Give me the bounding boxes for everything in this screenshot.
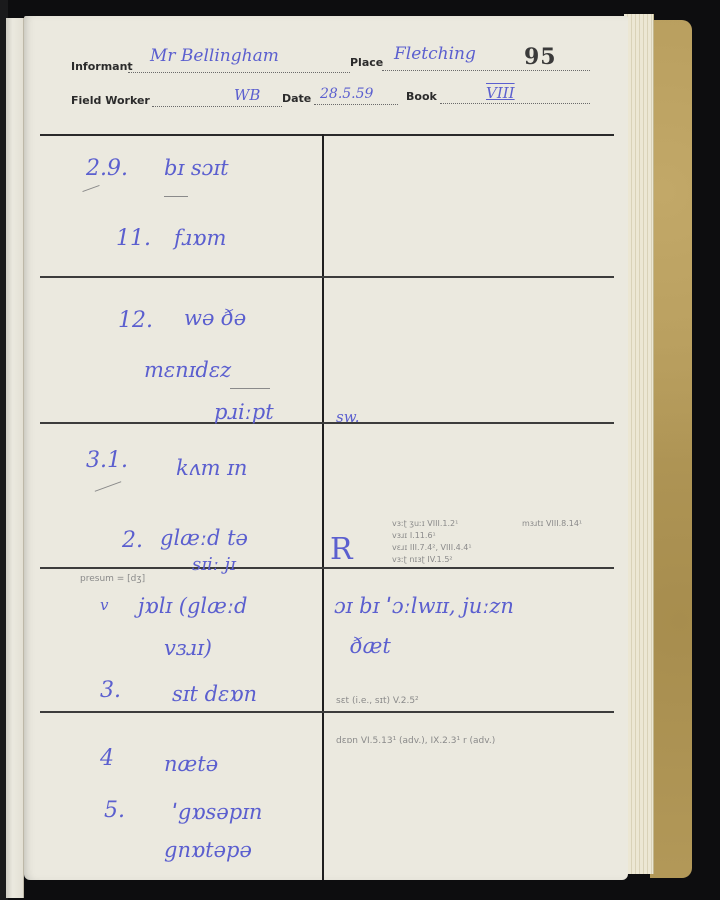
notebook-page: Informant Mr Bellingham Place Fletching … (24, 16, 628, 880)
margin-note: presum = [dʒ] (80, 574, 145, 584)
column-divider (322, 134, 324, 880)
date-field-line (314, 104, 398, 105)
informant-value: Mr Bellingham (150, 46, 279, 66)
item-number: 12. (118, 308, 153, 333)
place-value: Fletching (394, 44, 476, 64)
transcription: nætə (164, 752, 218, 776)
right-note: ðæt (350, 634, 391, 658)
transcription: ˈgɒsəpɪn (172, 800, 262, 824)
item-number: 5. (104, 798, 125, 823)
item-number: 11. (116, 226, 151, 251)
transcription: gnɒtəpə (164, 838, 252, 862)
page-number: 95 (524, 44, 557, 70)
item-number: 4 (100, 746, 114, 771)
book-label: Book (406, 90, 437, 103)
word-underline (230, 388, 270, 389)
transcription: pɹiːpt (214, 400, 274, 424)
item-number: 3. (100, 678, 121, 703)
row-divider-4 (40, 711, 614, 713)
transcription: bɪ sɔɪt (164, 156, 229, 180)
informant-field-line (128, 72, 350, 73)
reference-note: sɛt (i.e., sɪt) V.2.5² (336, 696, 419, 706)
book-field-line (440, 103, 590, 104)
reference-note: mɜɹtɪ VIII.8.14¹ (522, 519, 582, 528)
row-divider-3 (40, 567, 614, 569)
item-underline (82, 185, 99, 192)
book-value: VIII (486, 84, 515, 102)
item-number: 2. (122, 528, 143, 553)
informant-label: Informant (71, 60, 133, 73)
field-worker-value: WB (234, 86, 260, 104)
page-stack-edges (624, 14, 654, 874)
row-divider-1 (40, 276, 614, 278)
transcription: sɪt dɛɒn (172, 682, 257, 706)
transcription: fɹɒm (174, 226, 226, 250)
transcription: wə ðə (184, 306, 246, 330)
transcription: kʌm ɪn (176, 456, 247, 480)
transcription: glæːd tə (160, 526, 248, 550)
notebook-cover (650, 20, 692, 878)
reference-note: vɜːʈ ʒuːɪ VIII.1.2¹ (392, 519, 458, 528)
date-value: 28.5.59 (320, 86, 373, 102)
item-number: 2.9. (86, 156, 128, 181)
place-label: Place (350, 56, 383, 69)
word-underline (164, 196, 188, 197)
right-note: ɔɪ bɪ ˈɔːlwɪɪ, juːzn (334, 594, 514, 618)
previous-page-edge (6, 18, 24, 898)
date-label: Date (282, 92, 311, 105)
response-mark: R (330, 532, 353, 567)
transcription: mɛnɪdɛz (144, 358, 231, 382)
place-field-line (382, 70, 590, 71)
item-underline (95, 481, 122, 492)
transcription: sɪiː jɪ (192, 554, 236, 575)
field-worker-label: Field Worker (71, 94, 150, 107)
reference-note: vɜɹɪ I.11.6¹ (392, 531, 436, 540)
item-number: v (100, 596, 108, 614)
transcription: vɜɹɪ) (164, 636, 212, 660)
transcription: jɒlɪ (glæːd (138, 594, 247, 618)
row-divider-2 (40, 422, 614, 424)
field-worker-field-line (152, 106, 282, 107)
table-top-rule (40, 134, 614, 136)
reference-note: vɜːʈ nɪɜʈ IV.1.5² (392, 555, 453, 564)
reference-note: dɛɒn VI.5.13¹ (adv.), IX.2.3¹ r (adv.) (336, 736, 495, 746)
reference-note: vɛɹɪ III.7.4², VIII.4.4¹ (392, 543, 472, 552)
item-number: 3.1. (86, 448, 128, 473)
right-note: sw. (336, 408, 360, 426)
